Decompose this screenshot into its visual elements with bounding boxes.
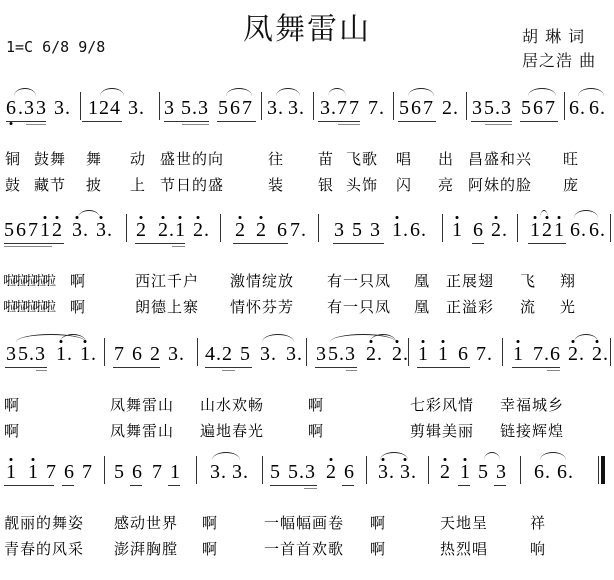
augmentation-dot: . xyxy=(411,462,416,482)
note: 7 xyxy=(349,98,359,118)
bar-line xyxy=(442,214,443,242)
augmentation-dot: . xyxy=(600,220,605,240)
lyric-line-verse-2: 鼓藏节披上节日的盛装银头饰闪亮阿妹的脸庞 xyxy=(0,174,614,194)
lyric-text: 有一只凤 xyxy=(327,296,391,317)
lyric-text: 动 xyxy=(130,148,146,169)
augmentation-dot: . xyxy=(271,344,276,364)
augmentation-dot: . xyxy=(421,220,426,240)
note: 1 xyxy=(513,344,523,364)
slur-arc xyxy=(60,334,86,342)
lyric-text: 啊 xyxy=(70,296,86,317)
slur-arc xyxy=(212,452,240,460)
note: 3 xyxy=(320,98,330,118)
double-beam-line xyxy=(36,370,47,371)
note: 6 xyxy=(6,98,16,118)
lyric-text: 庞 xyxy=(563,174,579,195)
octave-up-dot xyxy=(84,340,87,343)
augmentation-dot: . xyxy=(221,462,226,482)
note: 2 xyxy=(158,220,168,240)
note: 5 xyxy=(399,98,409,118)
bar-line xyxy=(564,92,565,120)
lyric-text: 上 xyxy=(130,174,146,195)
octave-up-dot xyxy=(32,458,35,461)
lyric-line-verse-1: 铜鼓舞舞动盛世的向往苗飞歌唱出昌盛和兴旺 xyxy=(0,148,614,168)
bar-line xyxy=(196,456,197,484)
lyric-line-verse-1: 靓丽的舞姿感动世界啊一幅幅画卷啊天地呈祥 xyxy=(0,512,614,532)
augmentation-dot: . xyxy=(581,220,586,240)
augmentation-dot: . xyxy=(301,220,306,240)
augmentation-dot: . xyxy=(179,344,184,364)
note: 6 xyxy=(344,462,354,482)
lyric-text: 昌盛和兴 xyxy=(468,148,532,169)
slur-arc xyxy=(100,88,124,96)
slur-arc xyxy=(574,334,598,342)
note: 5 xyxy=(521,98,531,118)
bar-line xyxy=(80,92,81,120)
note: 6 xyxy=(557,462,567,482)
slur-arc xyxy=(14,88,36,96)
beam-line xyxy=(417,367,470,368)
lyric-text: 鼓 xyxy=(5,174,21,195)
bar-line xyxy=(104,456,105,484)
note: 5 xyxy=(270,462,280,482)
octave-up-dot xyxy=(456,216,459,219)
augmentation-dot: . xyxy=(278,98,283,118)
note: 1 xyxy=(392,220,402,240)
slur-arc xyxy=(578,88,604,96)
note: 2 xyxy=(222,344,232,364)
lyric-text: 往 xyxy=(268,148,284,169)
note: 1 xyxy=(438,344,448,364)
octave-up-dot xyxy=(546,216,549,219)
beam-line xyxy=(472,243,484,244)
note: 6 xyxy=(132,462,142,482)
double-beam-line xyxy=(346,370,357,371)
beam-line xyxy=(4,485,54,486)
beam-line xyxy=(318,121,360,122)
lyric-text: 头饰 xyxy=(346,174,378,195)
note: 7 xyxy=(337,98,347,118)
note: 2 xyxy=(256,220,266,240)
note: 7 xyxy=(423,98,433,118)
augmentation-dot: . xyxy=(216,344,221,364)
lyric-text: 闪 xyxy=(396,174,412,195)
augmentation-dot: . xyxy=(107,220,112,240)
note: 7 xyxy=(114,344,124,364)
bar-line xyxy=(466,92,467,120)
note: 1 xyxy=(80,344,90,364)
note: 5 xyxy=(352,220,362,240)
octave-up-dot xyxy=(56,216,59,219)
octave-up-dot xyxy=(260,216,263,219)
note: 2 xyxy=(542,220,552,240)
augmentation-dot: . xyxy=(453,98,458,118)
note: 3 xyxy=(35,344,45,364)
beam-line xyxy=(270,485,317,486)
lyric-text: 亮 xyxy=(438,174,454,195)
lyric-text: 幸福城乡 xyxy=(500,394,564,415)
lyric-text: 祥 xyxy=(530,512,546,533)
note: 3 xyxy=(286,344,296,364)
note: 2 xyxy=(150,344,160,364)
lyric-text: 阿妹的脸 xyxy=(468,174,532,195)
bar-line xyxy=(306,338,307,366)
octave-up-dot xyxy=(44,216,47,219)
lyric-text: 山水欢畅 xyxy=(200,394,264,415)
beam-line xyxy=(398,121,436,122)
beam-line xyxy=(494,485,506,486)
octave-up-dot xyxy=(330,458,333,461)
beam-line xyxy=(4,243,64,244)
bar-line xyxy=(517,214,518,242)
note: 3 xyxy=(400,462,410,482)
lyric-text: 靓丽的舞姿 xyxy=(4,512,84,533)
slur-arc xyxy=(370,334,396,342)
note: 1 xyxy=(40,220,50,240)
lyric-line-verse-2: 青春的风采澎湃胸膛啊一首首欢歌啊热烈唱响 xyxy=(0,538,614,558)
octave-up-dot xyxy=(370,340,373,343)
octave-up-dot xyxy=(382,458,385,461)
note: 3 xyxy=(36,98,46,118)
note: 5 xyxy=(484,98,494,118)
slur-arc xyxy=(540,452,566,460)
octave-up-dot xyxy=(444,458,447,461)
note: 6 xyxy=(570,220,580,240)
bar-line xyxy=(408,338,409,366)
augmentation-dot: . xyxy=(545,462,550,482)
note: 3 xyxy=(96,220,106,240)
bar-line xyxy=(197,338,198,366)
lyricist-credit: 胡 琳 词 xyxy=(522,24,585,47)
slur-arc xyxy=(262,334,294,342)
staff-row: 1176756713.3.55.3263.3.21536.6. xyxy=(0,452,614,492)
octave-up-dot xyxy=(596,340,599,343)
note: 3 xyxy=(316,344,326,364)
note: 7 xyxy=(290,220,300,240)
lyric-line-verse-1: 啊凤舞雷山山水欢畅啊七彩风情幸福城乡 xyxy=(0,394,614,414)
beam-line xyxy=(333,243,384,244)
lyric-text: 啦啦啦啦啦 xyxy=(3,270,53,289)
lyric-text: 唱 xyxy=(396,148,412,169)
beam-line xyxy=(471,121,512,122)
augmentation-dot: . xyxy=(495,98,500,118)
double-beam-line xyxy=(4,246,52,247)
note: 5 xyxy=(4,220,14,240)
note: 2 xyxy=(592,344,602,364)
bar-line xyxy=(220,214,221,242)
lyric-text: 啊 xyxy=(370,512,386,533)
lyric-text: 感动世界 xyxy=(114,512,178,533)
note: 6 xyxy=(589,220,599,240)
note: 5 xyxy=(18,344,28,364)
note: 3 xyxy=(288,98,298,118)
note: 6 xyxy=(473,220,483,240)
lyric-text: 正溢彩 xyxy=(446,296,494,317)
lyric-text: 凤舞雷山 xyxy=(110,420,174,441)
note: 2 xyxy=(568,344,578,364)
augmentation-dot: . xyxy=(379,98,384,118)
lyric-text: 飞 xyxy=(520,270,536,291)
octave-up-dot xyxy=(495,216,498,219)
key-signature: 1=C 6/8 9/8 xyxy=(6,38,105,56)
lyric-text: 鼓舞 xyxy=(34,148,66,169)
beam-line xyxy=(528,243,566,244)
lyric-text: 藏节 xyxy=(34,174,66,195)
note: 5 xyxy=(114,462,124,482)
augmentation-dot: . xyxy=(65,98,70,118)
note: 3 xyxy=(54,98,64,118)
note: 3 xyxy=(72,220,82,240)
lyric-text: 遍地春光 xyxy=(200,420,264,441)
staff-row: 6.333.1243.35.35673.3.3.777.5672.35.3567… xyxy=(0,88,614,128)
augmentation-dot: . xyxy=(487,344,492,364)
double-beam-line xyxy=(222,370,235,371)
slur-arc xyxy=(226,88,252,96)
note: 3 xyxy=(370,220,380,240)
lyric-text: 啊 xyxy=(308,420,324,441)
note: 6 xyxy=(16,220,26,240)
beam-line xyxy=(5,367,47,368)
double-beam-line xyxy=(338,124,360,125)
octave-up-dot xyxy=(162,216,165,219)
note: 2 xyxy=(491,220,501,240)
augmentation-dot: . xyxy=(67,344,72,364)
beam-line xyxy=(512,367,560,368)
note: 1 xyxy=(460,462,470,482)
bar-line xyxy=(126,214,127,242)
double-beam-line xyxy=(547,370,560,371)
octave-up-dot xyxy=(558,216,561,219)
lyric-text: 啊 xyxy=(370,538,386,559)
augmentation-dot: . xyxy=(579,344,584,364)
bar-line xyxy=(366,456,367,484)
note: 2 xyxy=(193,220,203,240)
composer-credit: 居之浩 曲 xyxy=(522,48,596,71)
octave-up-dot xyxy=(10,458,13,461)
note: 6 xyxy=(230,98,240,118)
note: 2 xyxy=(52,220,62,240)
note: 3 xyxy=(334,220,344,240)
note: 6 xyxy=(64,462,74,482)
note: 2 xyxy=(99,98,109,118)
octave-up-dot xyxy=(404,458,407,461)
augmentation-dot: . xyxy=(299,98,304,118)
note: 5 xyxy=(478,462,488,482)
slur-arc xyxy=(78,210,100,218)
note: 1 xyxy=(554,220,564,240)
augmentation-dot: . xyxy=(403,220,408,240)
lyric-text: 飞歌 xyxy=(346,148,378,169)
beam-line xyxy=(205,367,252,368)
double-beam-line xyxy=(304,488,317,489)
note: 5 xyxy=(288,462,298,482)
slur-arc xyxy=(408,88,434,96)
note: 3 xyxy=(198,98,208,118)
bar-line xyxy=(313,92,314,120)
octave-down-dot xyxy=(10,122,13,125)
slur-arc xyxy=(328,88,346,96)
lyric-text: 天地呈 xyxy=(440,512,488,533)
note: 6 xyxy=(589,98,599,118)
bar-line xyxy=(502,338,503,366)
bar-line xyxy=(428,456,429,484)
augmentation-dot: . xyxy=(169,220,174,240)
lyric-text: 剪辑美丽 xyxy=(410,420,474,441)
octave-up-dot xyxy=(422,340,425,343)
note: 7 xyxy=(152,462,162,482)
note: 6 xyxy=(458,344,468,364)
lyric-line-verse-1: 啦啦啦啦啦啊西江千户激情绽放有一只凤凰正展翅飞翔 xyxy=(0,270,614,290)
note: 6 xyxy=(277,220,287,240)
note: 6 xyxy=(534,462,544,482)
lyric-text: 节日的盛 xyxy=(160,174,224,195)
octave-up-dot xyxy=(60,340,63,343)
lyric-text: 披 xyxy=(86,174,102,195)
note: 1 xyxy=(530,220,540,240)
double-beam-line xyxy=(172,246,185,247)
lyric-text: 有一只凤 xyxy=(327,270,391,291)
lyric-text: 舞 xyxy=(86,148,102,169)
slur-arc xyxy=(528,88,556,96)
note: 3 xyxy=(128,98,138,118)
bar-line xyxy=(261,92,262,120)
beam-line xyxy=(458,485,470,486)
double-beam-line xyxy=(26,124,46,125)
note: 3 xyxy=(472,98,482,118)
note: 1 xyxy=(56,344,66,364)
lyric-text: 银 xyxy=(318,174,334,195)
slur-arc xyxy=(276,88,300,96)
note: 1 xyxy=(88,98,98,118)
lyric-text: 凤舞雷山 xyxy=(110,394,174,415)
beam-line xyxy=(233,243,288,244)
beam-line xyxy=(135,243,185,244)
octave-up-dot xyxy=(517,340,520,343)
note: 2 xyxy=(440,462,450,482)
lyric-text: 铜 xyxy=(5,148,21,169)
note: 1 xyxy=(452,220,462,240)
augmentation-dot: . xyxy=(91,344,96,364)
note: 2 xyxy=(392,344,402,364)
bar-line xyxy=(262,456,263,484)
bar-line xyxy=(610,338,611,366)
note: 7 xyxy=(476,344,486,364)
note: 3 xyxy=(164,98,174,118)
octave-up-dot xyxy=(396,340,399,343)
beam-line xyxy=(62,485,74,486)
note: 3 xyxy=(305,462,315,482)
lyric-text: 光 xyxy=(560,296,576,317)
note: 3 xyxy=(378,462,388,482)
note: 5 xyxy=(240,344,250,364)
final-bar-thin xyxy=(598,456,599,484)
beam-line xyxy=(520,121,558,122)
note: 7 xyxy=(368,98,378,118)
augmentation-dot: . xyxy=(339,344,344,364)
lyric-text: 流 xyxy=(520,296,536,317)
beam-line xyxy=(82,121,122,122)
note: 1 xyxy=(175,220,185,240)
augmentation-dot: . xyxy=(580,98,585,118)
note: 6 xyxy=(410,220,420,240)
bar-line xyxy=(318,214,319,242)
beam-line xyxy=(217,121,256,122)
note: 6 xyxy=(569,98,579,118)
note: 7 xyxy=(242,98,252,118)
note: 2 xyxy=(326,462,336,482)
slur-arc xyxy=(574,210,598,218)
augmentation-dot: . xyxy=(297,344,302,364)
note: 7 xyxy=(46,462,56,482)
bar-line xyxy=(159,92,160,120)
note: 5 xyxy=(218,98,228,118)
augmentation-dot: . xyxy=(29,344,34,364)
note: 7 xyxy=(545,98,555,118)
beam-line xyxy=(6,121,46,122)
note: 7 xyxy=(28,220,38,240)
note: 6 xyxy=(533,98,543,118)
augmentation-dot: . xyxy=(204,220,209,240)
lyric-text: 青春的风采 xyxy=(4,538,84,559)
augmentation-dot: . xyxy=(243,462,248,482)
note: 3 xyxy=(501,98,511,118)
double-beam-line xyxy=(182,124,209,125)
lyric-line-verse-2: 啦啦啦啦啦啊朗德上寨情怀芬芳有一只凤凰正溢彩流光 xyxy=(0,296,614,316)
beam-line xyxy=(168,485,180,486)
note: 3 xyxy=(6,344,16,364)
lyric-text: 热烈唱 xyxy=(440,538,488,559)
lyric-text: 啊 xyxy=(4,394,20,415)
bar-line xyxy=(104,338,105,366)
lyric-text: 啊 xyxy=(70,270,86,291)
lyric-text: 啊 xyxy=(308,394,324,415)
lyric-line-verse-2: 啊凤舞雷山遍地春光啊剪辑美丽链接辉煌 xyxy=(0,420,614,440)
lyric-text: 链接辉煌 xyxy=(500,420,564,441)
note: 6 xyxy=(132,344,142,364)
lyric-text: 朗德上寨 xyxy=(135,296,199,317)
note: 3 xyxy=(260,344,270,364)
augmentation-dot: . xyxy=(603,344,608,364)
note: 1 xyxy=(170,462,180,482)
staff-row: 567123.3.22.12.2267.3531.6.162.1216.6. xyxy=(0,210,614,250)
note: 3 xyxy=(168,344,178,364)
octave-up-dot xyxy=(76,216,79,219)
bar-line xyxy=(393,92,394,120)
note: 3 xyxy=(496,462,506,482)
lyric-text: 出 xyxy=(438,148,454,169)
note: 1 xyxy=(6,462,16,482)
note: 3 xyxy=(345,344,355,364)
note: 3 xyxy=(232,462,242,482)
lyric-text: 啊 xyxy=(202,538,218,559)
lyric-text: 情怀芬芳 xyxy=(230,296,294,317)
note: 4 xyxy=(205,344,215,364)
octave-up-dot xyxy=(140,216,143,219)
beam-line xyxy=(315,367,357,368)
bar-line xyxy=(520,456,521,484)
lyric-text: 啦啦啦啦啦 xyxy=(3,296,53,315)
augmentation-dot: . xyxy=(192,98,197,118)
beam-line xyxy=(164,121,209,122)
note: 1 xyxy=(418,344,428,364)
note: 2 xyxy=(235,220,245,240)
octave-up-dot xyxy=(100,216,103,219)
lyric-text: 一幅幅画卷 xyxy=(264,512,344,533)
octave-up-dot xyxy=(239,216,242,219)
augmentation-dot: . xyxy=(83,220,88,240)
lyric-text: 响 xyxy=(530,538,546,559)
octave-up-dot xyxy=(197,216,200,219)
